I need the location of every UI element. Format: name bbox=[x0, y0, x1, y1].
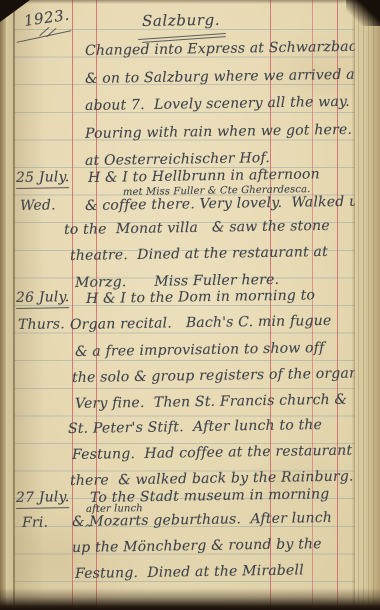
photo-corner-top-right bbox=[346, 0, 380, 26]
gutter-shadow bbox=[15, 0, 45, 610]
photo-edge-bottom bbox=[0, 588, 380, 610]
page-edge-top bbox=[0, 0, 380, 4]
diary-line: H & I to the Dom in morning to bbox=[86, 286, 315, 308]
diary-line: Festung. Dined at the Mirabell bbox=[75, 561, 304, 583]
page-edge-right-leaves bbox=[358, 0, 376, 610]
diary-photo: 1923. Salzburg. Changed into Express at … bbox=[0, 0, 380, 610]
margin-line-right-3 bbox=[337, 0, 338, 610]
notebook-page: 1923. Salzburg. Changed into Express at … bbox=[0, 0, 380, 610]
page-title: Salzburg. bbox=[142, 11, 220, 30]
